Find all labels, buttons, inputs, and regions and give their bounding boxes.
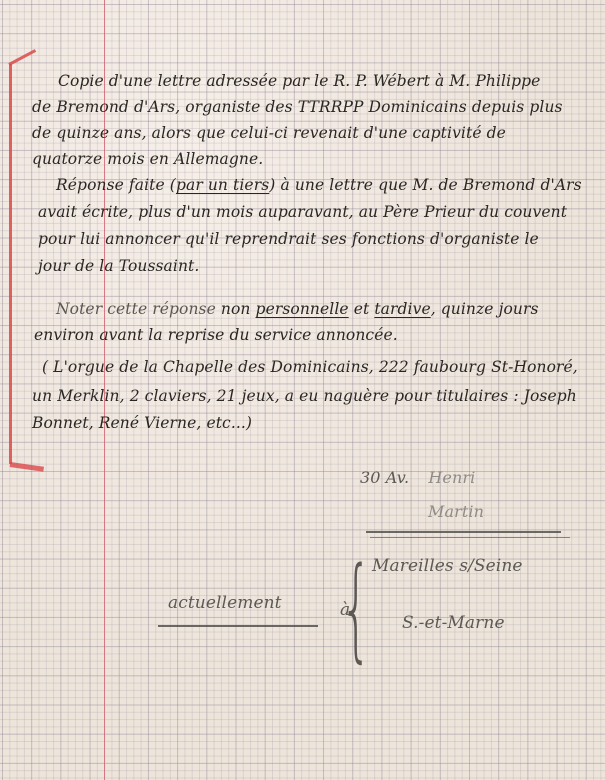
- underlined-text: actuellement: [168, 593, 282, 613]
- text: , quinze jours: [431, 300, 539, 318]
- paragraph1-line1: Copie d'une lettre adressée par le R. P.…: [58, 72, 540, 90]
- address-preposition: à: [340, 600, 350, 620]
- paragraph4-line3: Bonnet, René Vierne, etc...): [32, 414, 252, 432]
- paragraph2-line1: Réponse faite (par un tiers) à une lettr…: [56, 176, 582, 194]
- paragraph2-line4: jour de la Toussaint.: [38, 257, 199, 275]
- text: Réponse faite (: [56, 176, 176, 194]
- paragraph2-line3: pour lui annoncer qu'il reprendrait ses …: [38, 230, 539, 248]
- address-rule: [366, 531, 561, 533]
- underlined-text: tardive: [374, 300, 430, 318]
- paragraph2-line2: avait écrite, plus d'un mois auparavant,…: [38, 203, 567, 221]
- address-number: 30 Av.: [360, 468, 409, 487]
- text: Noter cette réponse: [56, 300, 221, 318]
- paragraph3-line1: Noter cette réponse non personnelle et t…: [56, 300, 539, 318]
- red-margin-bracket: [9, 64, 12, 464]
- paragraph4-line1: ( L'orgue de la Chapelle des Dominicains…: [42, 358, 578, 376]
- address-street: Henri: [428, 468, 475, 487]
- address-line2: Martin: [428, 502, 484, 521]
- text: non: [221, 300, 256, 318]
- actuellement-label: actuellement: [168, 593, 282, 613]
- address-rule-2: [370, 537, 570, 538]
- address-line3: Mareilles s/Seine: [372, 556, 523, 576]
- paragraph3-line2: environ avant la reprise du service anno…: [34, 326, 398, 344]
- actuellement-underline: [158, 625, 318, 627]
- underlined-text: par un tiers: [176, 176, 269, 194]
- address-line4: S.-et-Marne: [402, 613, 505, 633]
- paragraph1-line4: quatorze mois en Allemagne.: [32, 150, 263, 168]
- red-bracket-bottom: [10, 462, 44, 472]
- handwritten-letter-page: Copie d'une lettre adressée par le R. P.…: [0, 0, 605, 780]
- underlined-text: personnelle: [256, 300, 349, 318]
- paragraph1-line2: de Bremond d'Ars, organiste des TTRRPP D…: [32, 98, 563, 116]
- paragraph4-line2: un Merklin, 2 claviers, 21 jeux, a eu na…: [32, 387, 577, 405]
- text: et: [349, 300, 375, 318]
- red-bracket-top: [8, 49, 36, 66]
- address-line1: 30 Av. Henri: [360, 468, 475, 487]
- paragraph1-line3: de quinze ans, alors que celui-ci revena…: [32, 124, 506, 142]
- text: ) à une lettre que M. de Bremond d'Ars: [269, 176, 581, 194]
